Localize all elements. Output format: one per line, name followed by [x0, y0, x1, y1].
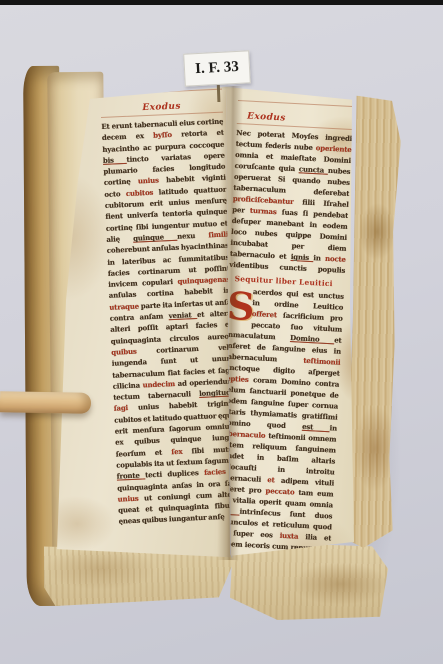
gutter-shadow [217, 86, 243, 560]
left-running-title-row: Exodus [100, 89, 223, 118]
right-manuscript-page: 8 Exodus Nec poterat Moyſes ingredi tect… [222, 84, 362, 562]
wooden-pointer-stick [0, 391, 91, 414]
open-manuscript-book: Exodus Et erunt tabernaculi eius cortinę… [0, 0, 443, 664]
manuscript-photograph: Exodus Et erunt tabernaculi eius cortinę… [0, 0, 443, 664]
left-running-title: Exodus [142, 101, 181, 113]
right-running-title: Exodus [247, 112, 286, 124]
shelfmark-label: I. F. 33 [183, 50, 251, 86]
exodus-ending-text: Nec poterat Moyſes ingredi tectum federi… [229, 127, 352, 277]
left-manuscript-page: Exodus Et erunt tabernaculi eius cortinę… [56, 84, 232, 562]
shelfmark-text: I. F. 33 [195, 59, 239, 78]
folio-number: 8 [341, 88, 349, 100]
photo-top-black-strip [0, 0, 443, 5]
right-running-title-row: Exodus [237, 100, 354, 130]
